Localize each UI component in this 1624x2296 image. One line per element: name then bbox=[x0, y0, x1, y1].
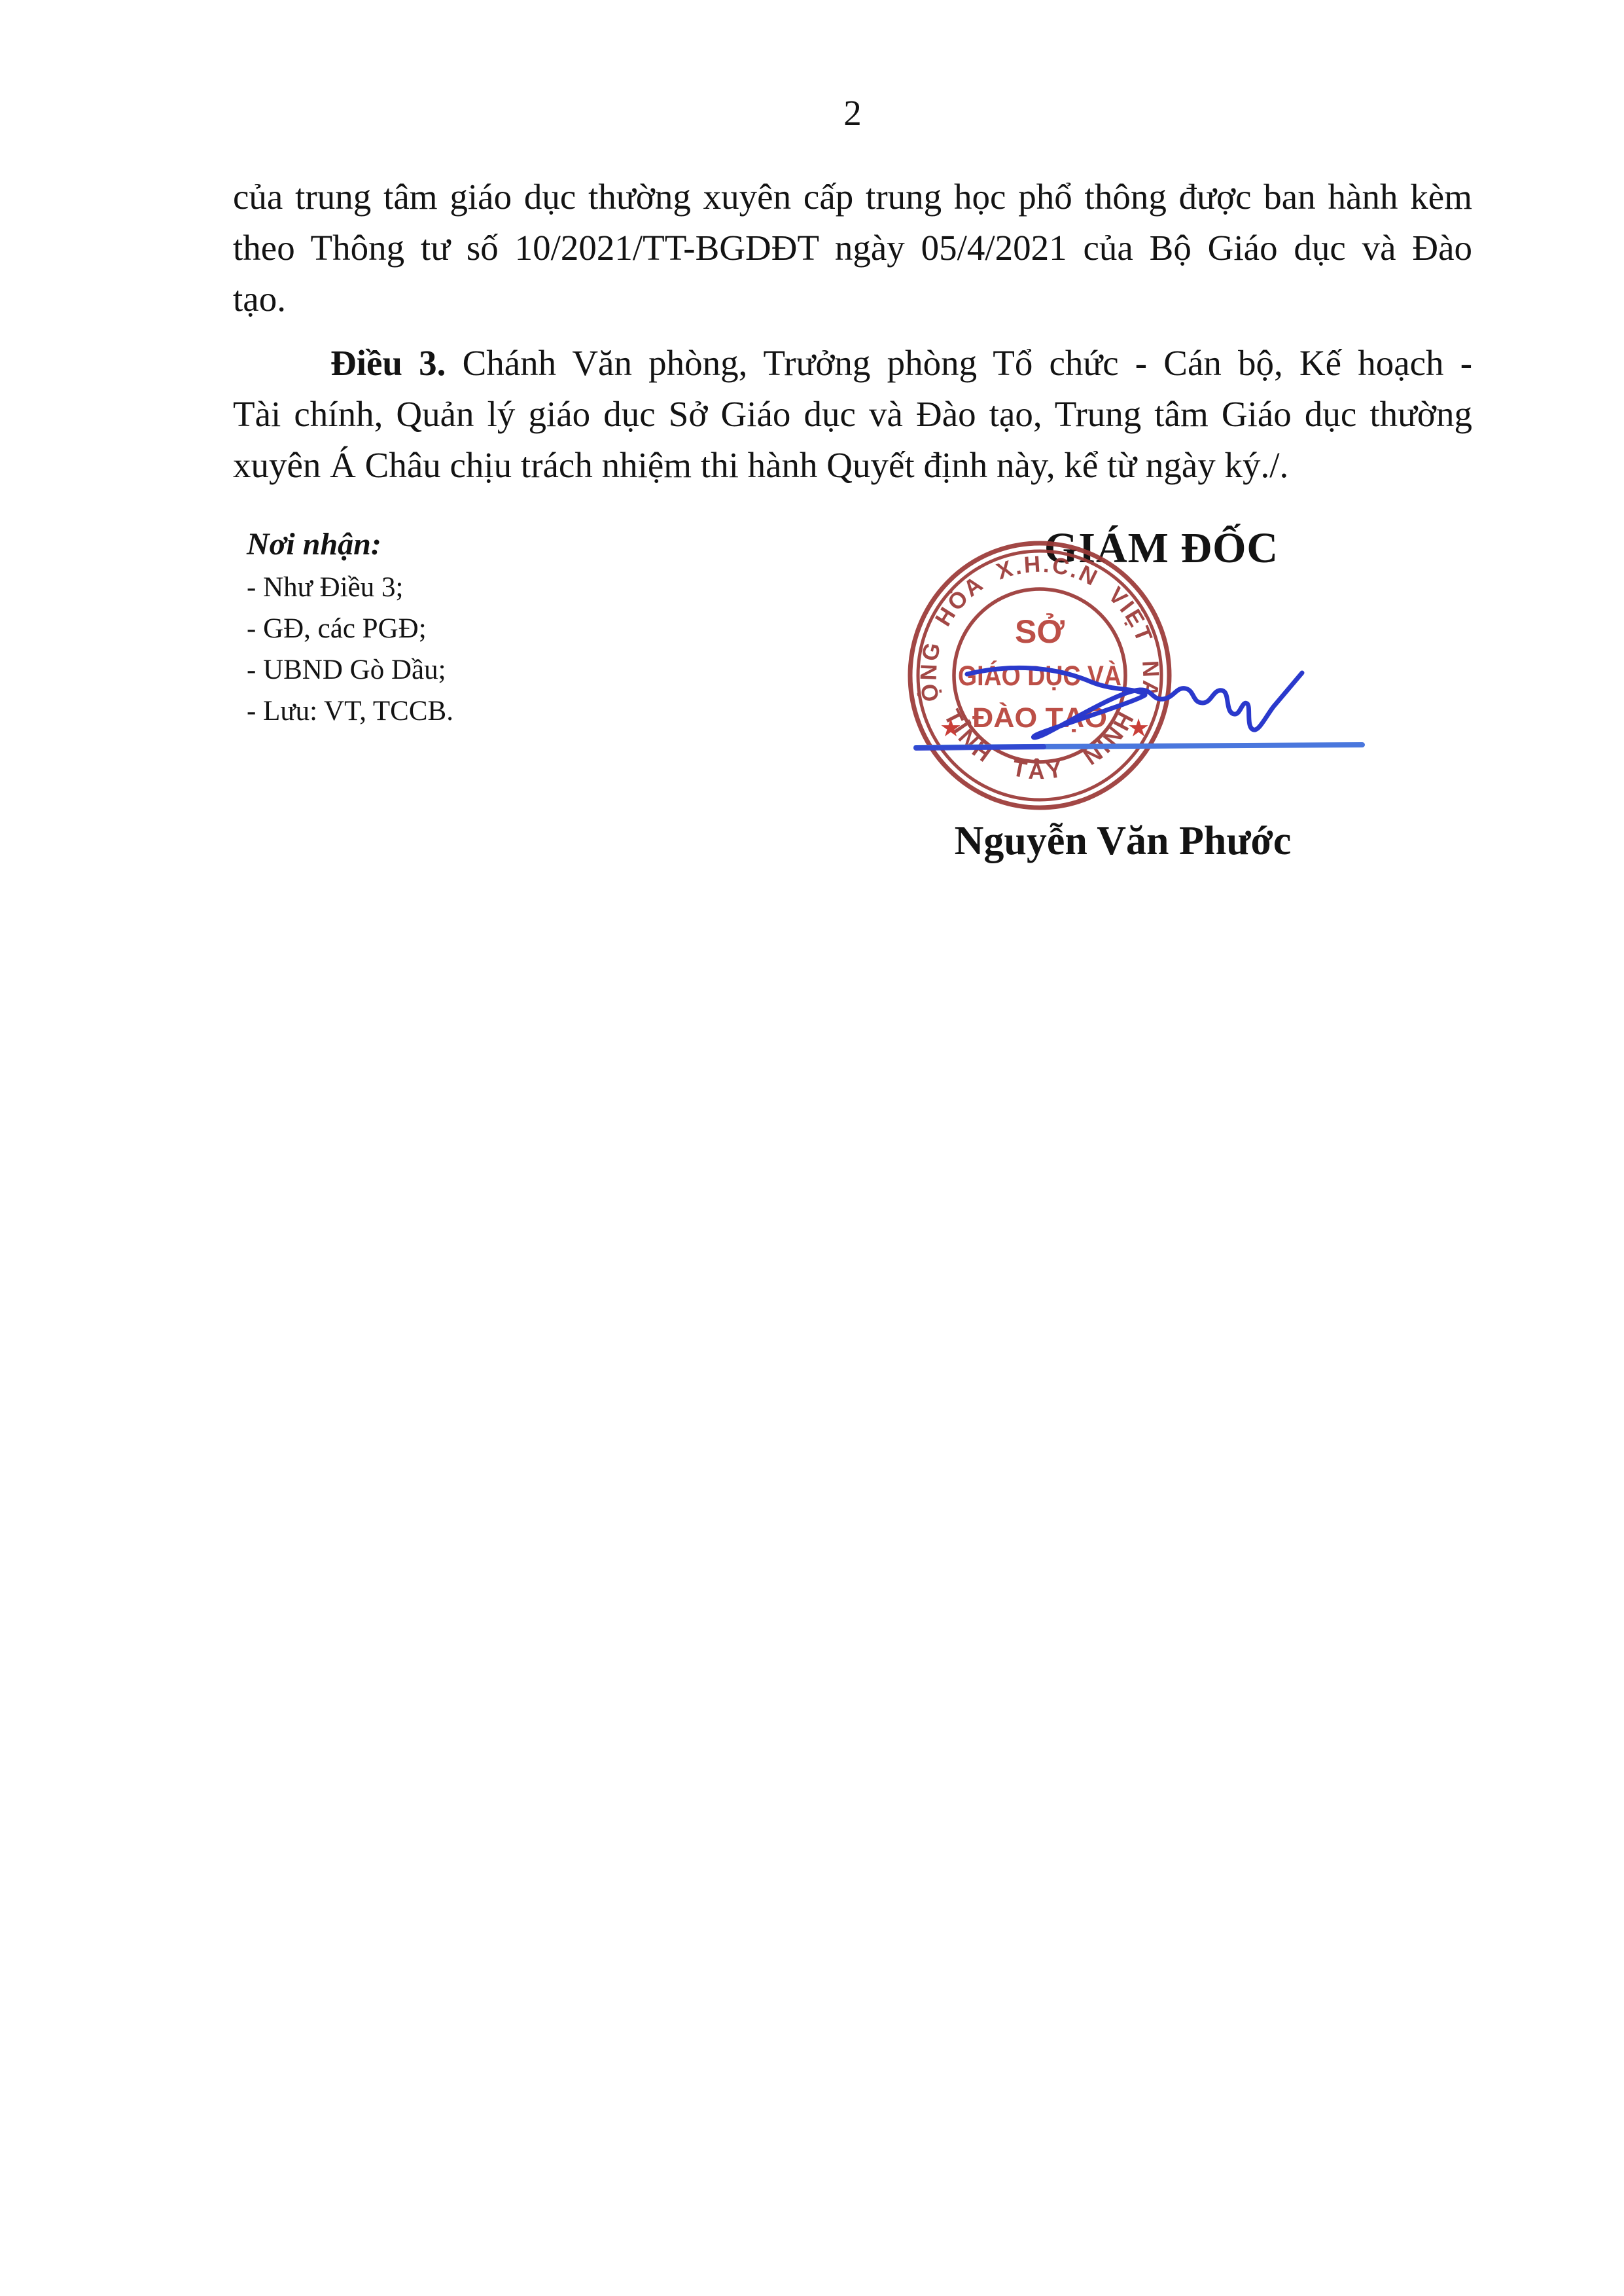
paragraph-line: xuyên Á Châu chịu trách nhiệm thi hành Q… bbox=[233, 440, 1472, 491]
signature-underline-dark-segment bbox=[916, 747, 1044, 748]
paragraph-line: Tài chính, Quản lý giáo dục Sở Giáo dục … bbox=[233, 389, 1472, 440]
paragraph-line: của trung tâm giáo dục thường xuyên cấp … bbox=[233, 171, 1472, 223]
recipient-item: - UBND Gò Dầu; bbox=[247, 649, 836, 691]
recipient-item: - Lưu: VT, TCCB. bbox=[247, 691, 836, 732]
paragraph-line: Điều 3. Chánh Văn phòng, Trưởng phòng Tổ… bbox=[233, 338, 1472, 389]
recipients-block: Nơi nhận: - Như Điều 3; - GĐ, các PGĐ; -… bbox=[247, 524, 836, 732]
paragraph-line: tạo. bbox=[233, 274, 1472, 325]
handwritten-signature bbox=[903, 619, 1387, 772]
body-paragraph-1: của trung tâm giáo dục thường xuyên cấp … bbox=[233, 171, 1472, 325]
article-text: Chánh Văn phòng, Trưởng phòng Tổ chức - … bbox=[446, 343, 1472, 383]
signer-name: Nguyễn Văn Phước bbox=[946, 820, 1299, 862]
article-label: Điều 3. bbox=[330, 343, 446, 383]
page-number: 2 bbox=[233, 93, 1472, 134]
signature-scrawl bbox=[967, 668, 1302, 737]
recipient-item: - GĐ, các PGĐ; bbox=[247, 608, 836, 649]
scanned-document-page: { "document": { "page_number": "2", "bod… bbox=[0, 0, 1624, 2296]
recipient-item: - Như Điều 3; bbox=[247, 567, 836, 608]
recipients-label: Nơi nhận: bbox=[247, 524, 836, 565]
body-paragraph-2: Điều 3. Chánh Văn phòng, Trưởng phòng Tổ… bbox=[233, 338, 1472, 491]
recipients-list: - Như Điều 3; - GĐ, các PGĐ; - UBND Gò D… bbox=[247, 567, 836, 732]
paragraph-line: theo Thông tư số 10/2021/TT-BGDĐT ngày 0… bbox=[233, 223, 1472, 274]
